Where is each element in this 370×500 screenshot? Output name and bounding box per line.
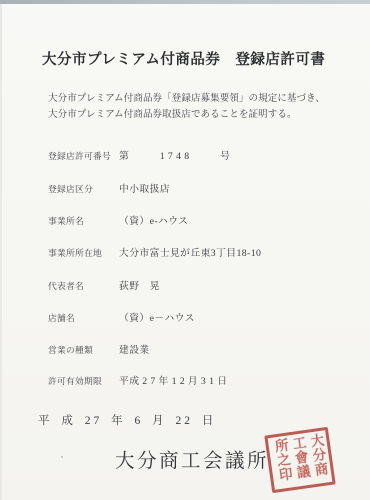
- red-hanko-seal: 大分商工會議所之印: [264, 427, 335, 493]
- field-label: 事業所所在地: [48, 246, 115, 259]
- field-row-shop-name: 店舗名 （資）e－ハウス: [48, 308, 348, 326]
- field-value: 荻野 晃: [119, 278, 160, 292]
- field-label: 許可有効期限: [48, 374, 115, 387]
- field-label: 登録店許可番号: [48, 149, 115, 162]
- field-row-store-category: 登録店区分 中小取扱店: [48, 179, 348, 197]
- field-row-permit-number: 登録店許可番号 第 1 7 4 8 号: [48, 146, 348, 164]
- field-value: 中小取扱店: [119, 181, 170, 195]
- field-value: （資）e-ハウス: [119, 213, 188, 227]
- field-value: （資）e－ハウス: [119, 310, 195, 324]
- seal-inscription: 大分商工會議所之印: [268, 430, 333, 490]
- document-title: 大分市プレミアム付商品券 登録店許可書: [42, 48, 325, 69]
- scan-edge-left: [0, 4, 2, 500]
- field-row-representative-name: 代表者名 荻野 晃: [48, 276, 348, 294]
- field-label: 代表者名: [48, 279, 115, 292]
- scan-edge-top: [0, 0, 370, 4]
- field-row-permit-expiry: 許可有効期限 平成 2 7 年 1 2 月 3 1 日: [48, 371, 348, 389]
- field-label: 事業所名: [48, 214, 115, 227]
- field-value: 建設業: [119, 342, 150, 356]
- field-value: 第 1 7 4 8 号: [119, 148, 230, 162]
- field-row-business-address: 事業所所在地 大分市富士見が丘東3丁目18-10: [48, 243, 348, 261]
- issue-date: 平 成 27 年 6 月 22 日: [38, 412, 216, 428]
- statement-line-1: 大分市プレミアム付商品券「登録店募集要領」の規定に基づき、: [48, 94, 325, 104]
- certification-statement: 大分市プレミアム付商品券「登録店募集要領」の規定に基づき、大分市プレミアム付商品…: [48, 91, 325, 124]
- field-value: 大分市富士見が丘東3丁目18-10: [119, 245, 261, 259]
- field-label: 登録店区分: [48, 182, 115, 195]
- scan-speck: [61, 456, 63, 458]
- scanned-certificate-page: 大分市プレミアム付商品券 登録店許可書 大分市プレミアム付商品券「登録店募集要領…: [0, 0, 370, 500]
- field-label: 店舗名: [48, 311, 115, 324]
- field-label: 営業の種類: [48, 343, 115, 356]
- field-value: 平成 2 7 年 1 2 月 3 1 日: [119, 373, 227, 387]
- statement-line-2: 大分市プレミアム付商品券取扱店であることを証明する。: [48, 110, 297, 120]
- issuer-name: 大分商工会議所: [115, 445, 269, 473]
- field-row-business-name: 事業所名 （資）e-ハウス: [48, 211, 348, 229]
- field-row-business-type: 営業の種類 建設業: [48, 340, 348, 358]
